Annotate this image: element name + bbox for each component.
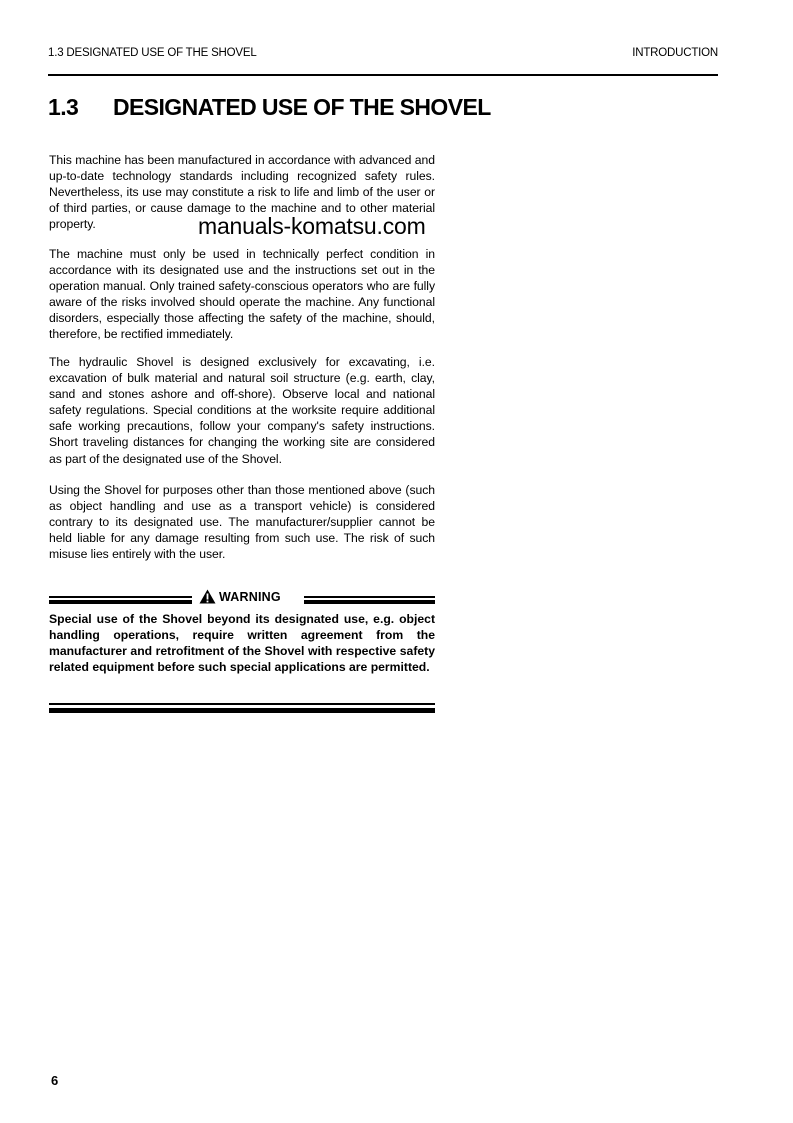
warning-label: WARNING <box>199 589 281 604</box>
watermark: manuals-komatsu.com <box>198 213 426 240</box>
section-title: 1.3DESIGNATED USE OF THE SHOVEL <box>48 94 491 121</box>
paragraph-condition: The machine must only be used in technic… <box>49 246 435 343</box>
warning-bar-right <box>304 596 435 605</box>
warning-bar-left <box>49 596 192 605</box>
warning-footer-rule <box>49 703 435 713</box>
warning-header: WARNING <box>49 589 435 607</box>
warning-label-text: WARNING <box>219 590 281 604</box>
paragraph-misuse: Using the Shovel for purposes other than… <box>49 482 435 562</box>
warning-triangle-icon <box>199 589 216 604</box>
warning-text: Special use of the Shovel beyond its des… <box>49 611 435 675</box>
paragraph-designated-use: The hydraulic Shovel is designed exclusi… <box>49 354 435 467</box>
header-rule <box>48 74 718 76</box>
running-header-chapter: INTRODUCTION <box>632 47 718 59</box>
running-header-section: 1.3 DESIGNATED USE OF THE SHOVEL <box>48 47 257 59</box>
section-number: 1.3 <box>48 94 113 121</box>
page-number: 6 <box>51 1073 58 1088</box>
running-header: 1.3 DESIGNATED USE OF THE SHOVEL INTRODU… <box>48 47 718 63</box>
section-title-text: DESIGNATED USE OF THE SHOVEL <box>113 94 491 120</box>
warning-box: WARNING Special use of the Shovel beyond… <box>49 589 435 675</box>
